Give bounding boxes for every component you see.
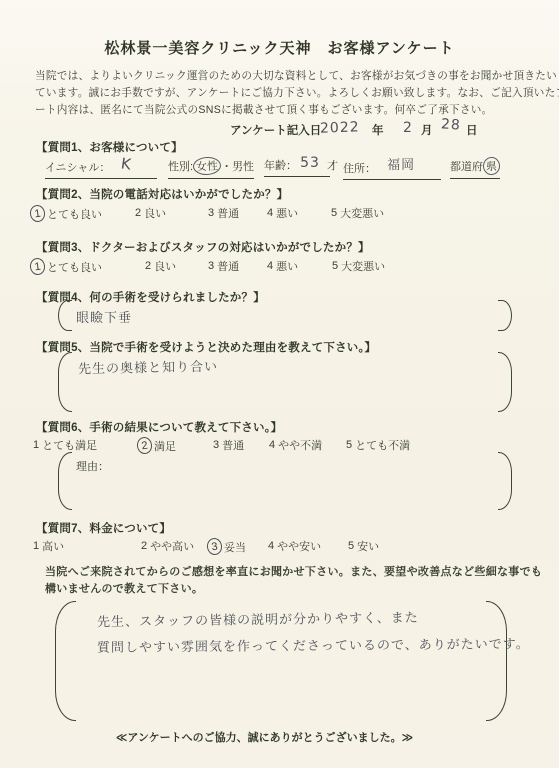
q3-header: 【質問3、ドクターおよびスタッフの対応はいかがでしたか？】 (36, 239, 370, 255)
q3-option-4: 4悪い (267, 258, 298, 274)
q7-option-2: 2やや高い (141, 538, 194, 554)
q7-option-1: 1高い (33, 538, 64, 554)
q6-option-5: 5とても不満 (346, 437, 410, 453)
prefecture-label: 都道府県 (450, 157, 500, 179)
q2-options-row: 1とても良い 2良い 3普通 4悪い 5大変悪い (0, 205, 559, 223)
q4-answer-box: 眼瞼下垂 (58, 300, 512, 331)
q1-fields-row: イニシャル： K 性別:女性・男性 年齢： 53 才 住所： 福岡 都道府県 (0, 154, 559, 178)
intro-text-line3: ート内容は、匿名にて当院公式のSNSに掲載させて頂く事もございます。何卒ご了承下… (35, 102, 493, 117)
feedback-answer-line1: 先生、スタッフの皆様の説明が分かりやすく、また (97, 607, 419, 630)
q1-header: 【質問1、お客様について】 (36, 139, 183, 155)
q3-option-5: 5大変悪い (332, 258, 385, 274)
date-label: アンケート記入日 (230, 122, 321, 138)
q7-header: 【質問7、料金について】 (36, 520, 171, 536)
q6-header: 【質問6、手術の結果について教えて下さい。】 (36, 419, 282, 435)
q7-options-row: 1高い 2やや高い 3妥当 4やや安い 5安い (0, 538, 559, 556)
survey-date-row: アンケート記入日 2022 年 2 月 28 日 (0, 120, 559, 140)
q2-option-4: 4悪い (267, 205, 298, 221)
closing-thanks-text: ≪アンケートへのご協力、誠にありがとうございました。≫ (0, 729, 529, 745)
q2-option-1: 1とても良い (33, 205, 102, 222)
gender-male: 男性 (232, 161, 254, 173)
date-month-value: 2 (403, 120, 413, 136)
q2-header: 【質問2、当院の電話対応はいかがでしたか？】 (36, 186, 288, 202)
address-label: 住所： (343, 163, 376, 175)
intro-text-line2: ています。誠にお手数ですが、アンケートにご協力下さい。よろしくお願い致します。な… (35, 85, 559, 100)
age-label: 年齢： (264, 160, 297, 172)
date-month-unit: 月 (421, 122, 433, 138)
q7-option-3: 3妥当 (210, 538, 246, 555)
q4-answer-handwritten: 眼瞼下垂 (76, 307, 132, 326)
q6-option-1: 1とても満足 (33, 437, 97, 453)
q6-option-4: 4やや不満 (269, 437, 322, 453)
q6-reason-label: 理由： (76, 458, 109, 474)
date-year-value: 2022 (320, 119, 360, 136)
prefecture-circled: 県 (482, 156, 500, 175)
initial-label: イニシャル： (45, 162, 110, 174)
feedback-answer-box: 先生、スタッフの皆様の説明が分かりやすく、また 質問しやすい雰囲気を作ってくださ… (55, 601, 507, 721)
feedback-prompt-line1: 当院へご来院されてからのご感想を率直にお聞かせ下さい。また、要望や改善点など些細… (45, 563, 542, 579)
q7-option-5: 5安い (348, 538, 379, 554)
prefecture-prefix: 都道府 (450, 161, 483, 173)
intro-text-line1: 当院では、よりよいクリニック運営のための大切な資料として、お客様がお気づきの事を… (35, 68, 559, 83)
date-day-value: 28 (440, 116, 461, 133)
q3-option-1: 1とても良い (33, 258, 102, 275)
gender-label: 性別: (168, 161, 193, 173)
q6-reason-box: 理由： (58, 452, 512, 510)
page-title: 松林景一美容クリニック天神 お客様アンケート (0, 37, 559, 58)
q3-options-row: 1とても良い 2良い 3普通 4悪い 5大変悪い (0, 258, 559, 276)
feedback-answer-line2: 質問しやすい雰囲気を作ってくださっているので、ありがたいです。 (97, 633, 530, 656)
address-field: 住所： 福岡 (343, 157, 441, 180)
date-year-unit: 年 (372, 122, 384, 138)
initial-field: イニシャル： K (45, 157, 157, 179)
initial-value-handwritten: K (120, 154, 133, 173)
q3-option-3: 3普通 (208, 258, 239, 274)
q2-option-3: 3普通 (208, 205, 239, 221)
q5-answer-handwritten: 先生の奥様と知り合い (78, 356, 218, 377)
feedback-prompt-line2: 構いませんので教えて下さい。 (45, 580, 203, 596)
gender-field: 性別:女性・男性 (168, 157, 254, 179)
q6-option-3: 3普通 (213, 437, 244, 453)
q5-answer-box: 先生の奥様と知り合い (58, 352, 512, 412)
address-value-handwritten: 福岡 (387, 158, 415, 173)
age-field: 年齢： 53 才 (264, 157, 330, 177)
q2-option-2: 2良い (135, 205, 166, 221)
age-value-handwritten: 53 (300, 155, 320, 171)
q2-option-5: 5大変悪い (331, 205, 384, 221)
date-day-unit: 日 (466, 122, 478, 138)
gender-female-circled: 女性 (193, 156, 222, 175)
age-unit: 才 (327, 160, 338, 172)
q7-option-4: 4やや安い (268, 538, 321, 554)
q3-option-2: 2良い (145, 258, 176, 274)
survey-scan-page: 松林景一美容クリニック天神 お客様アンケート 当院では、よりよいクリニック運営の… (0, 0, 559, 768)
gender-separator: ・ (221, 161, 232, 173)
